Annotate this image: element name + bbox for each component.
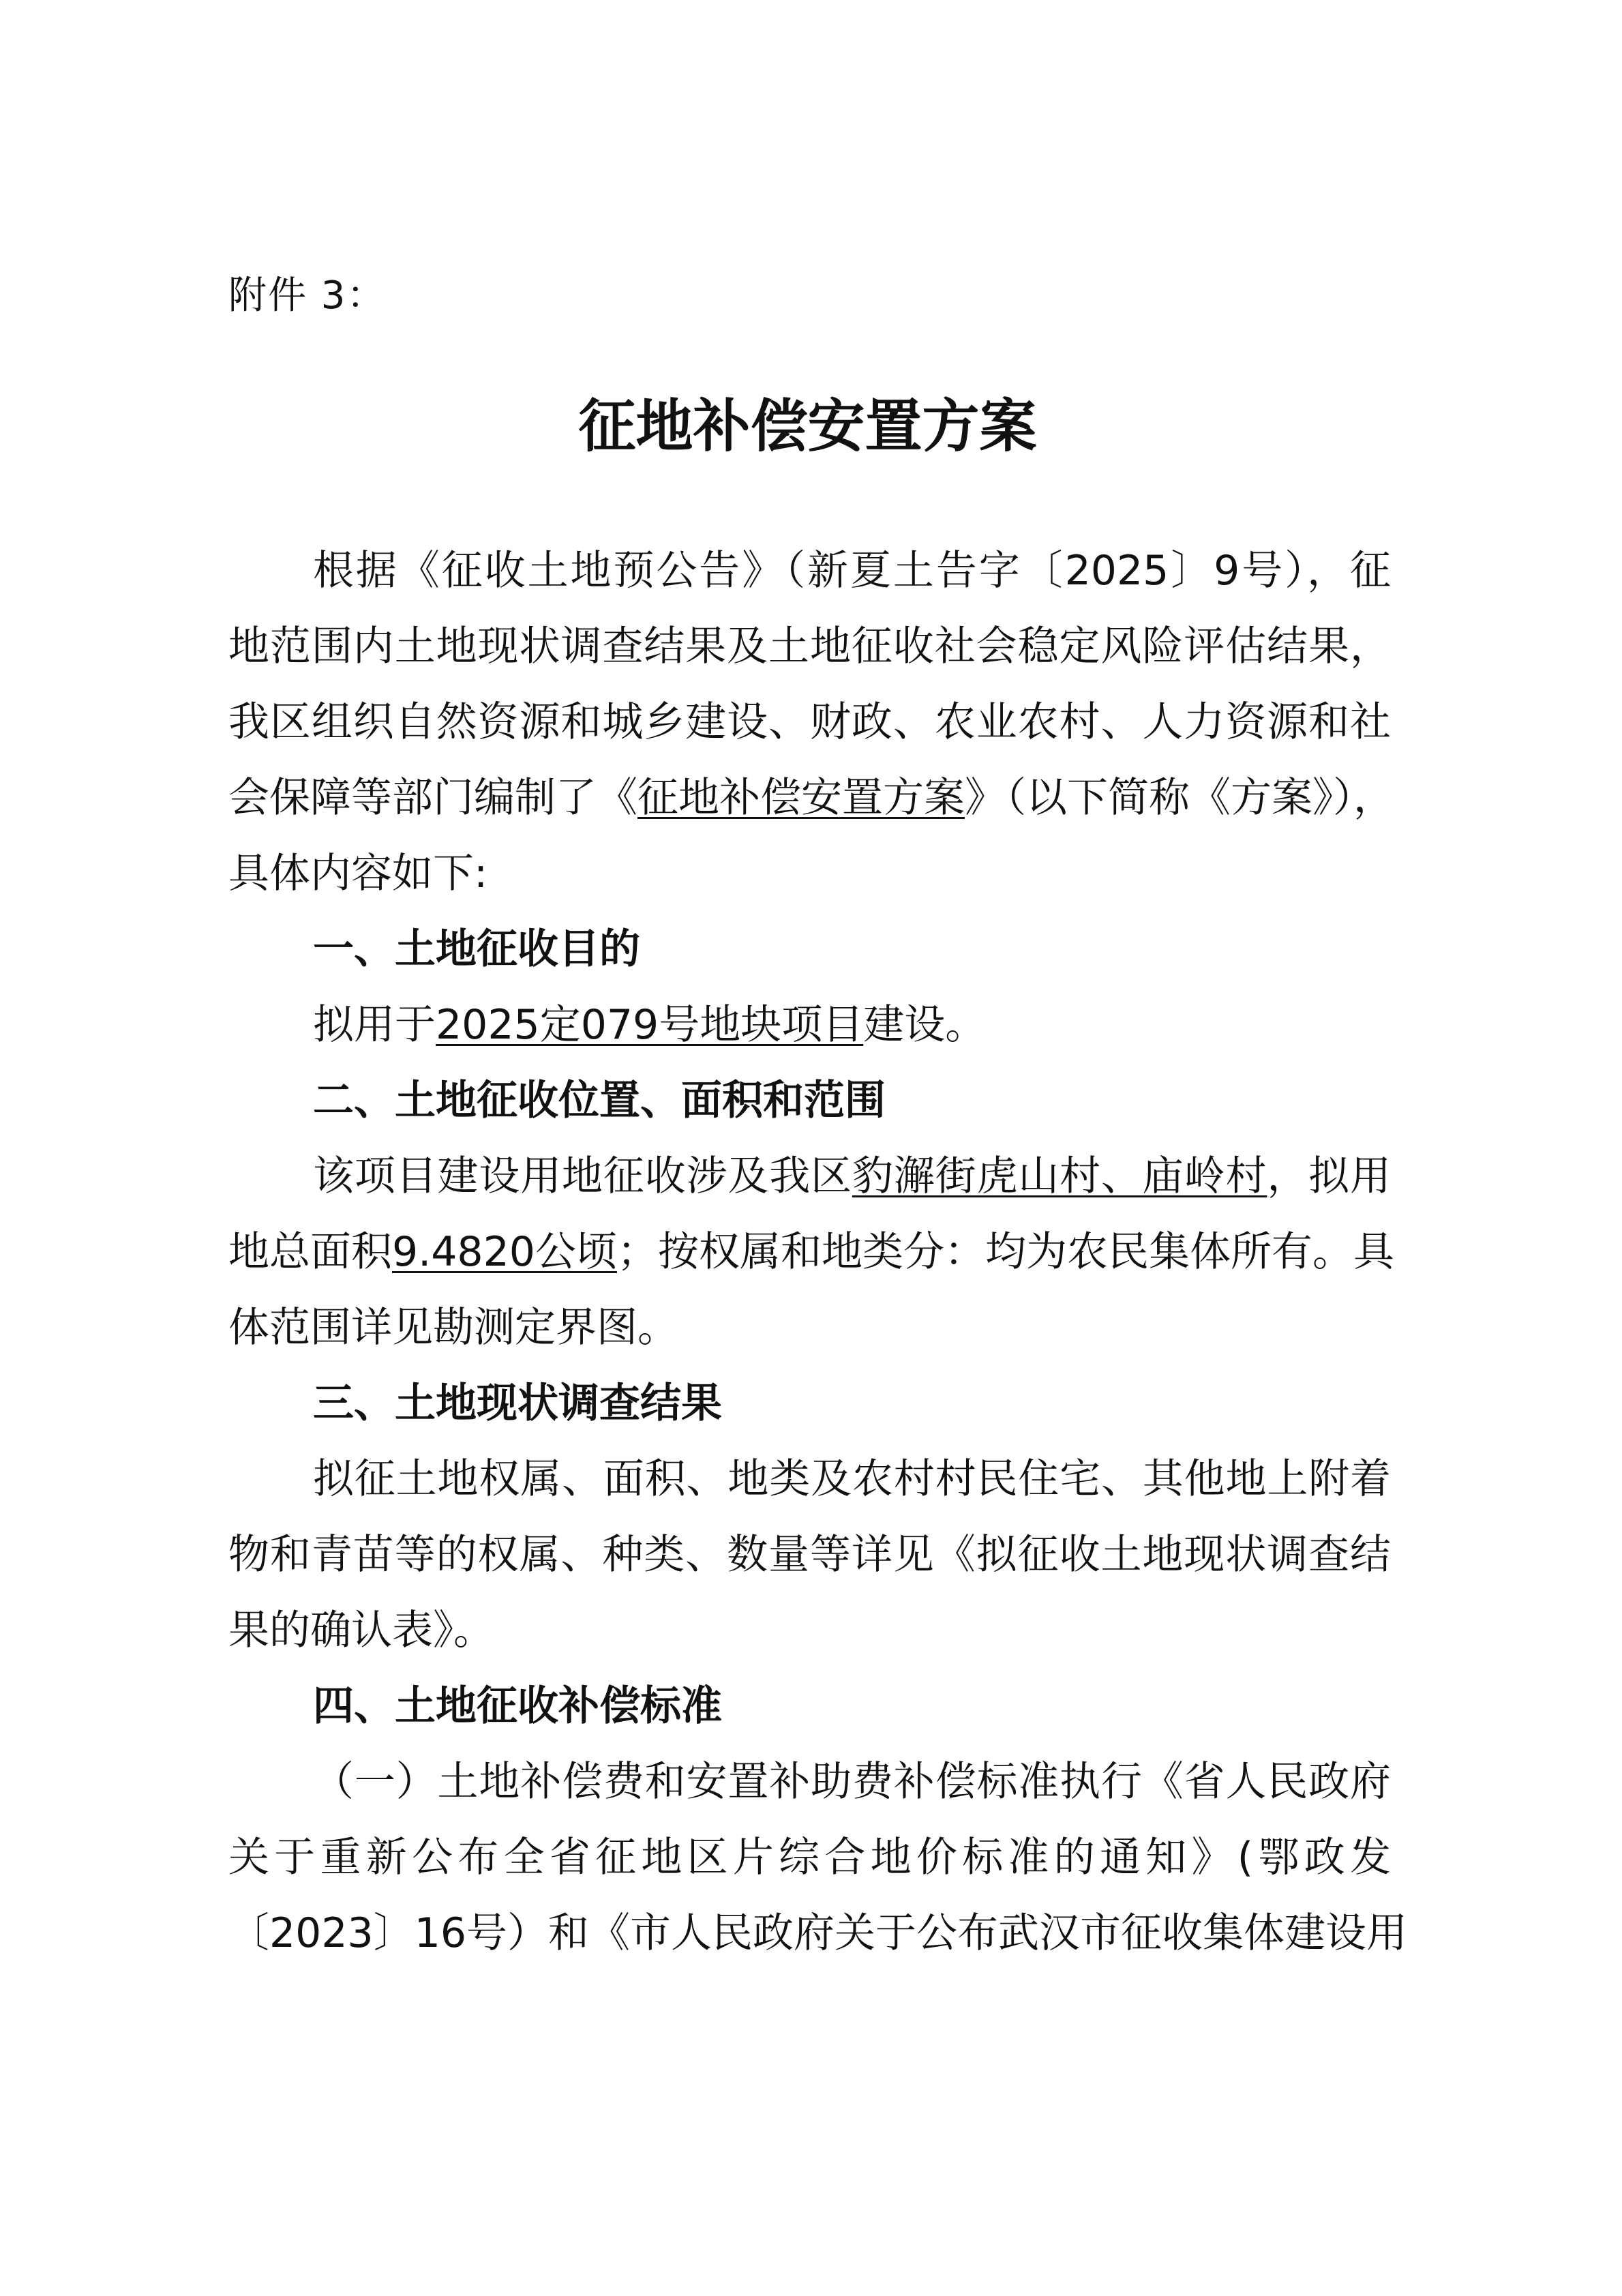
paragraph: 根据《征收土地预公告》（新夏土告字〔2025〕9号），征地范围内土地现状调查结果… (228, 533, 1391, 912)
text-run: 》（以下简称《方案》）， (965, 774, 1394, 822)
text-run: 物和青苗等的权属、种类、数量等详见《拟征收土地现状调查结 (228, 1531, 1391, 1579)
text-line: 拟征土地权属、面积、地类及农村村民住宅、其他地上附着 (228, 1442, 1391, 1517)
text-run: 地总面积 (228, 1228, 392, 1276)
section-heading: 二、土地征收位置、面积和范围 (228, 1063, 1391, 1139)
text-line: 拟用于2025定079号地块项目建设。 (228, 987, 1391, 1063)
text-run: 拟征土地权属、面积、地类及农村村民住宅、其他地上附着 (313, 1455, 1391, 1503)
text-run: ，拟用 (1267, 1152, 1391, 1200)
underlined-text: 9.4820公顷 (392, 1228, 617, 1276)
text-run: 四、土地征收补偿标准 (313, 1682, 722, 1730)
text-run: 三、土地现状调查结果 (313, 1380, 722, 1427)
text-run: 关于重新公布全省征地区片综合地价标准的通知》(鄂政发 (228, 1834, 1391, 1881)
text-run: （一）土地补偿费和安置补助费补偿标准执行《省人民政府 (313, 1758, 1391, 1806)
text-line: 根据《征收土地预公告》（新夏土告字〔2025〕9号），征 (228, 533, 1391, 609)
text-run: 〔2023〕16号）和《市人民政府关于公布武汉市征收集体建设用 (228, 1909, 1407, 1957)
text-line: 果的确认表》。 (228, 1593, 1391, 1669)
text-run: 果的确认表》。 (228, 1607, 494, 1654)
text-run: 根据《征收土地预公告》（新夏土告字〔2025〕9号），征 (313, 547, 1391, 595)
document-body: 根据《征收土地预公告》（新夏土告字〔2025〕9号），征地范围内土地现状调查结果… (228, 533, 1391, 1971)
text-run: 建设。 (863, 1001, 986, 1049)
paragraph: （一）土地补偿费和安置补助费补偿标准执行《省人民政府关于重新公布全省征地区片综合… (228, 1744, 1391, 1971)
text-line: 地总面积9.4820公顷；按权属和地类分：均为农民集体所有。具 (228, 1214, 1391, 1290)
section-heading: 一、土地征收目的 (228, 912, 1391, 987)
underlined-text: 征地补偿安置方案 (637, 774, 965, 822)
text-line: 该项目建设用地征收涉及我区豹澥街虎山村、庙岭村，拟用 (228, 1139, 1391, 1214)
text-line: 体范围详见勘测定界图。 (228, 1290, 1391, 1366)
text-run: 我区组织自然资源和城乡建设、财政、农业农村、人力资源和社 (228, 698, 1391, 746)
text-run: 具体内容如下: (228, 850, 487, 897)
text-line: 关于重新公布全省征地区片综合地价标准的通知》(鄂政发 (228, 1820, 1391, 1896)
text-line: 我区组织自然资源和城乡建设、财政、农业农村、人力资源和社 (228, 685, 1391, 760)
text-line: 会保障等部门编制了《征地补偿安置方案》（以下简称《方案》）， (228, 760, 1391, 836)
paragraph: 拟征土地权属、面积、地类及农村村民住宅、其他地上附着物和青苗等的权属、种类、数量… (228, 1442, 1391, 1669)
text-run: 二、土地征收位置、面积和范围 (313, 1077, 886, 1124)
text-run: 体范围详见勘测定界图。 (228, 1304, 678, 1352)
text-line: 一、土地征收目的 (228, 912, 1391, 987)
underlined-text: 豹澥街虎山村、庙岭村 (852, 1152, 1267, 1200)
text-line: 〔2023〕16号）和《市人民政府关于公布武汉市征收集体建设用 (228, 1896, 1391, 1971)
attachment-label: 附件 3： (228, 271, 386, 320)
text-line: 二、土地征收位置、面积和范围 (228, 1063, 1391, 1139)
text-line: 具体内容如下: (228, 836, 1391, 912)
text-line: 四、土地征收补偿标准 (228, 1669, 1391, 1744)
text-run: 一、土地征收目的 (313, 925, 640, 973)
text-line: （一）土地补偿费和安置补助费补偿标准执行《省人民政府 (228, 1744, 1391, 1820)
text-run: ；按权属和地类分：均为农民集体所有。具 (617, 1228, 1394, 1276)
text-line: 物和青苗等的权属、种类、数量等详见《拟征收土地现状调查结 (228, 1517, 1391, 1593)
text-run: 拟用于 (313, 1001, 436, 1049)
section-heading: 三、土地现状调查结果 (228, 1366, 1391, 1442)
text-run: 地范围内土地现状调查结果及土地征收社会稳定风险评估结果， (228, 623, 1391, 670)
paragraph: 拟用于2025定079号地块项目建设。 (228, 987, 1391, 1063)
underlined-text: 2025定079号地块项目 (436, 1001, 863, 1049)
section-heading: 四、土地征收补偿标准 (228, 1669, 1391, 1744)
text-run: 会保障等部门编制了《 (228, 774, 637, 822)
paragraph: 该项目建设用地征收涉及我区豹澥街虎山村、庙岭村，拟用地总面积9.4820公顷；按… (228, 1139, 1391, 1366)
text-run: 该项目建设用地征收涉及我区 (313, 1152, 852, 1200)
document-title: 征地补偿安置方案 (0, 389, 1622, 464)
text-line: 地范围内土地现状调查结果及土地征收社会稳定风险评估结果， (228, 609, 1391, 685)
document-page: 附件 3： 征地补偿安置方案 根据《征收土地预公告》（新夏土告字〔2025〕9号… (0, 0, 1622, 2296)
text-line: 三、土地现状调查结果 (228, 1366, 1391, 1442)
